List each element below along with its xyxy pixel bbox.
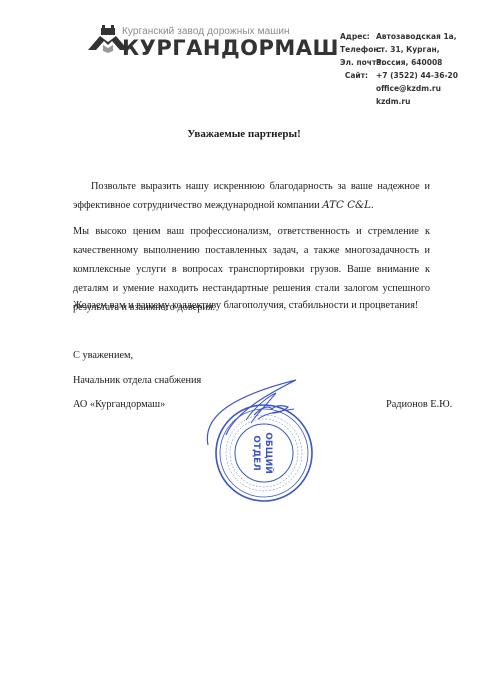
company-logo: Курганский завод дорожных машин КУРГАНДО… [86, 24, 346, 64]
signer-name: Радионов Е.Ю. [386, 399, 452, 410]
official-stamp-and-signature: ОБЩИЙ ОТДЕЛ [196, 375, 346, 515]
email-label: Эл. почта: [340, 56, 368, 69]
phone-value: +7 (3522) 44-36-20 [376, 69, 458, 82]
stamp-text: ОБЩИЙ [263, 432, 275, 474]
company-name: КУРГАНДОРМАШ [122, 36, 339, 60]
paragraph-1: Позвольте выразить нашу искреннюю благод… [73, 177, 430, 215]
letter-greeting: Уважаемые партнеры! [0, 128, 488, 140]
phone-label: Телефон: [340, 43, 368, 56]
paragraph-3: Желаем вам и вашему коллективу благополу… [73, 296, 430, 315]
address-line-3: Россия, 640008 [376, 56, 458, 69]
address-label: Адрес: [340, 30, 368, 43]
address-line-2: ст. 31, Курган, [376, 43, 458, 56]
svg-text:ОТДЕЛ: ОТДЕЛ [251, 435, 261, 470]
email-value: office@kzdm.ru [376, 82, 458, 95]
closing-phrase: С уважением, [73, 350, 133, 361]
paragraph-1-end: . [371, 200, 374, 211]
website-label: Сайт: [340, 69, 368, 82]
address-line-1: Автозаводская 1а, [376, 30, 458, 43]
paragraph-1-text: Позвольте выразить нашу искреннюю благод… [73, 181, 430, 211]
signer-position: Начальник отдела снабжения [73, 375, 201, 386]
website-value: kzdm.ru [376, 95, 458, 108]
signer-organization: АО «Кургандормаш» [73, 399, 165, 410]
partner-company-name: ATC C&L [322, 199, 371, 211]
